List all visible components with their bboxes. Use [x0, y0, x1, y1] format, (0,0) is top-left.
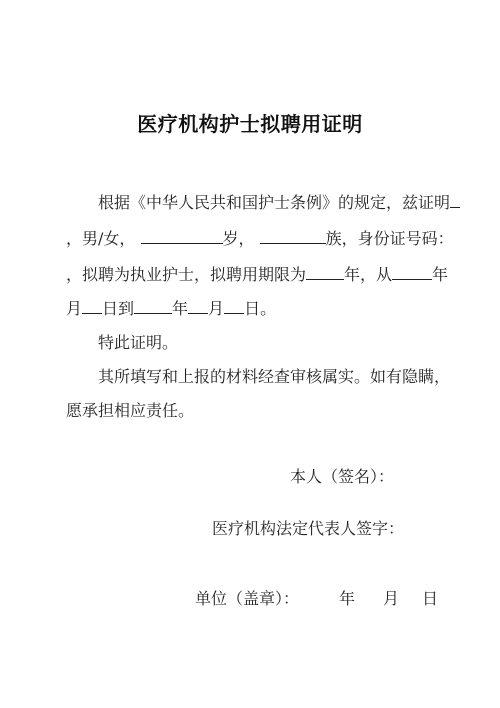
paragraph1-line4: 月日到年月日。 — [66, 296, 276, 319]
name-blank[interactable] — [450, 193, 460, 208]
text-segment: 日。 — [244, 299, 276, 318]
start-year-blank[interactable] — [392, 265, 432, 280]
text-segment: 根据《中华人民共和国护士条例》的规定，兹证明 — [98, 193, 450, 212]
paragraph1-line2: ，男/女， 岁， 族，身份证号码： — [66, 226, 454, 249]
end-year-blank[interactable] — [134, 299, 172, 314]
legal-representative-signature-label: 医疗机构法定代表人签字： — [212, 516, 404, 539]
unit-seal-label: 单位（盖章）： — [195, 586, 299, 609]
seal-month-label: 月 — [383, 586, 399, 609]
paragraph1-line1: 根据《中华人民共和国护士条例》的规定，兹证明 — [98, 190, 460, 213]
text-segment: 岁， — [223, 229, 255, 248]
text-segment: 年 — [172, 299, 188, 318]
end-month-blank[interactable] — [188, 299, 208, 314]
end-day-blank[interactable] — [224, 299, 244, 314]
ethnicity-blank[interactable] — [260, 229, 326, 244]
self-signature-label: 本人（签名）： — [290, 464, 394, 487]
age-blank[interactable] — [141, 229, 223, 244]
text-segment: ，男/女， — [66, 229, 135, 248]
start-month-blank[interactable] — [82, 299, 102, 314]
text-segment: 族，身份证号码： — [326, 229, 454, 248]
paragraph3-line2: 愿承担相应责任。 — [66, 398, 194, 421]
document-title: 医疗机构护士拟聘用证明 — [0, 108, 500, 137]
text-segment: 日到 — [102, 299, 134, 318]
text-segment: ，拟聘为执业护士，拟聘用期限为 — [66, 265, 306, 284]
paragraph1-line3: ，拟聘为执业护士，拟聘用期限为年，从年 — [66, 262, 448, 285]
text-segment: 年 — [432, 265, 448, 284]
text-segment: 月 — [208, 299, 224, 318]
seal-day-label: 日 — [422, 586, 438, 609]
paragraph2: 特此证明。 — [98, 330, 178, 353]
text-segment: 年，从 — [344, 265, 392, 284]
term-years-blank[interactable] — [306, 265, 344, 280]
seal-year-label: 年 — [339, 586, 355, 609]
text-segment: 月 — [66, 299, 82, 318]
paragraph3-line1: 其所填写和上报的材料经查审核属实。如有隐瞒， — [98, 364, 450, 387]
